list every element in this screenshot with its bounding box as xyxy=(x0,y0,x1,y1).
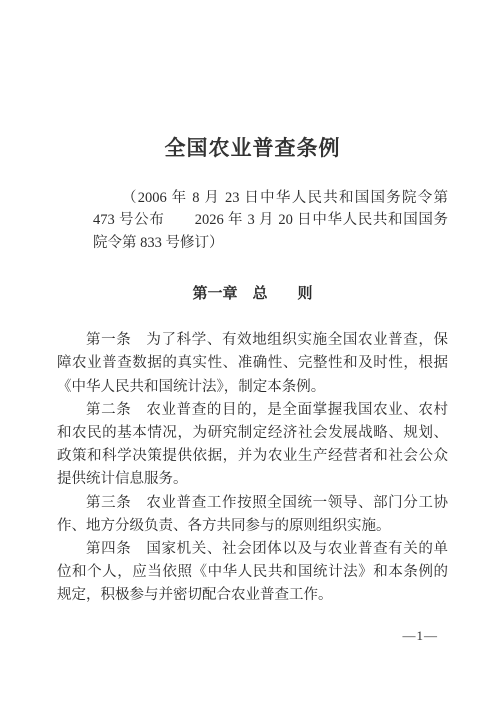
article-1: 第一条 为了科学、有效地组织实施全国农业普查，保障农业普查数据的真实性、准确性、… xyxy=(57,329,448,399)
article-4: 第四条 国家机关、社会团体以及与农业普查有关的单位和个人，应当依照《中华人民共和… xyxy=(57,538,448,608)
document-page: 全国农业普查条例 （2006 年 8 月 23 日中华人民共和国国务院令第 47… xyxy=(0,0,500,708)
article-2: 第二条 农业普查的目的，是全面掌握我国农业、农村和农民的基本情况，为研究制定经济… xyxy=(57,399,448,492)
chapter-heading: 第一章 总 则 xyxy=(57,283,448,305)
page-number: —1— xyxy=(57,628,448,644)
page-content: 全国农业普查条例 （2006 年 8 月 23 日中华人民共和国国务院令第 47… xyxy=(0,0,500,644)
article-3: 第三条 农业普查工作按照全国统一领导、部门分工协作、地方分级负责、各方共同参与的… xyxy=(57,492,448,538)
document-title: 全国农业普查条例 xyxy=(57,0,448,161)
promulgation-note: （2006 年 8 月 23 日中华人民共和国国务院令第 473 号公布 202… xyxy=(93,187,448,254)
articles-section: 第一条 为了科学、有效地组织实施全国农业普查，保障农业普查数据的真实性、准确性、… xyxy=(57,329,448,607)
